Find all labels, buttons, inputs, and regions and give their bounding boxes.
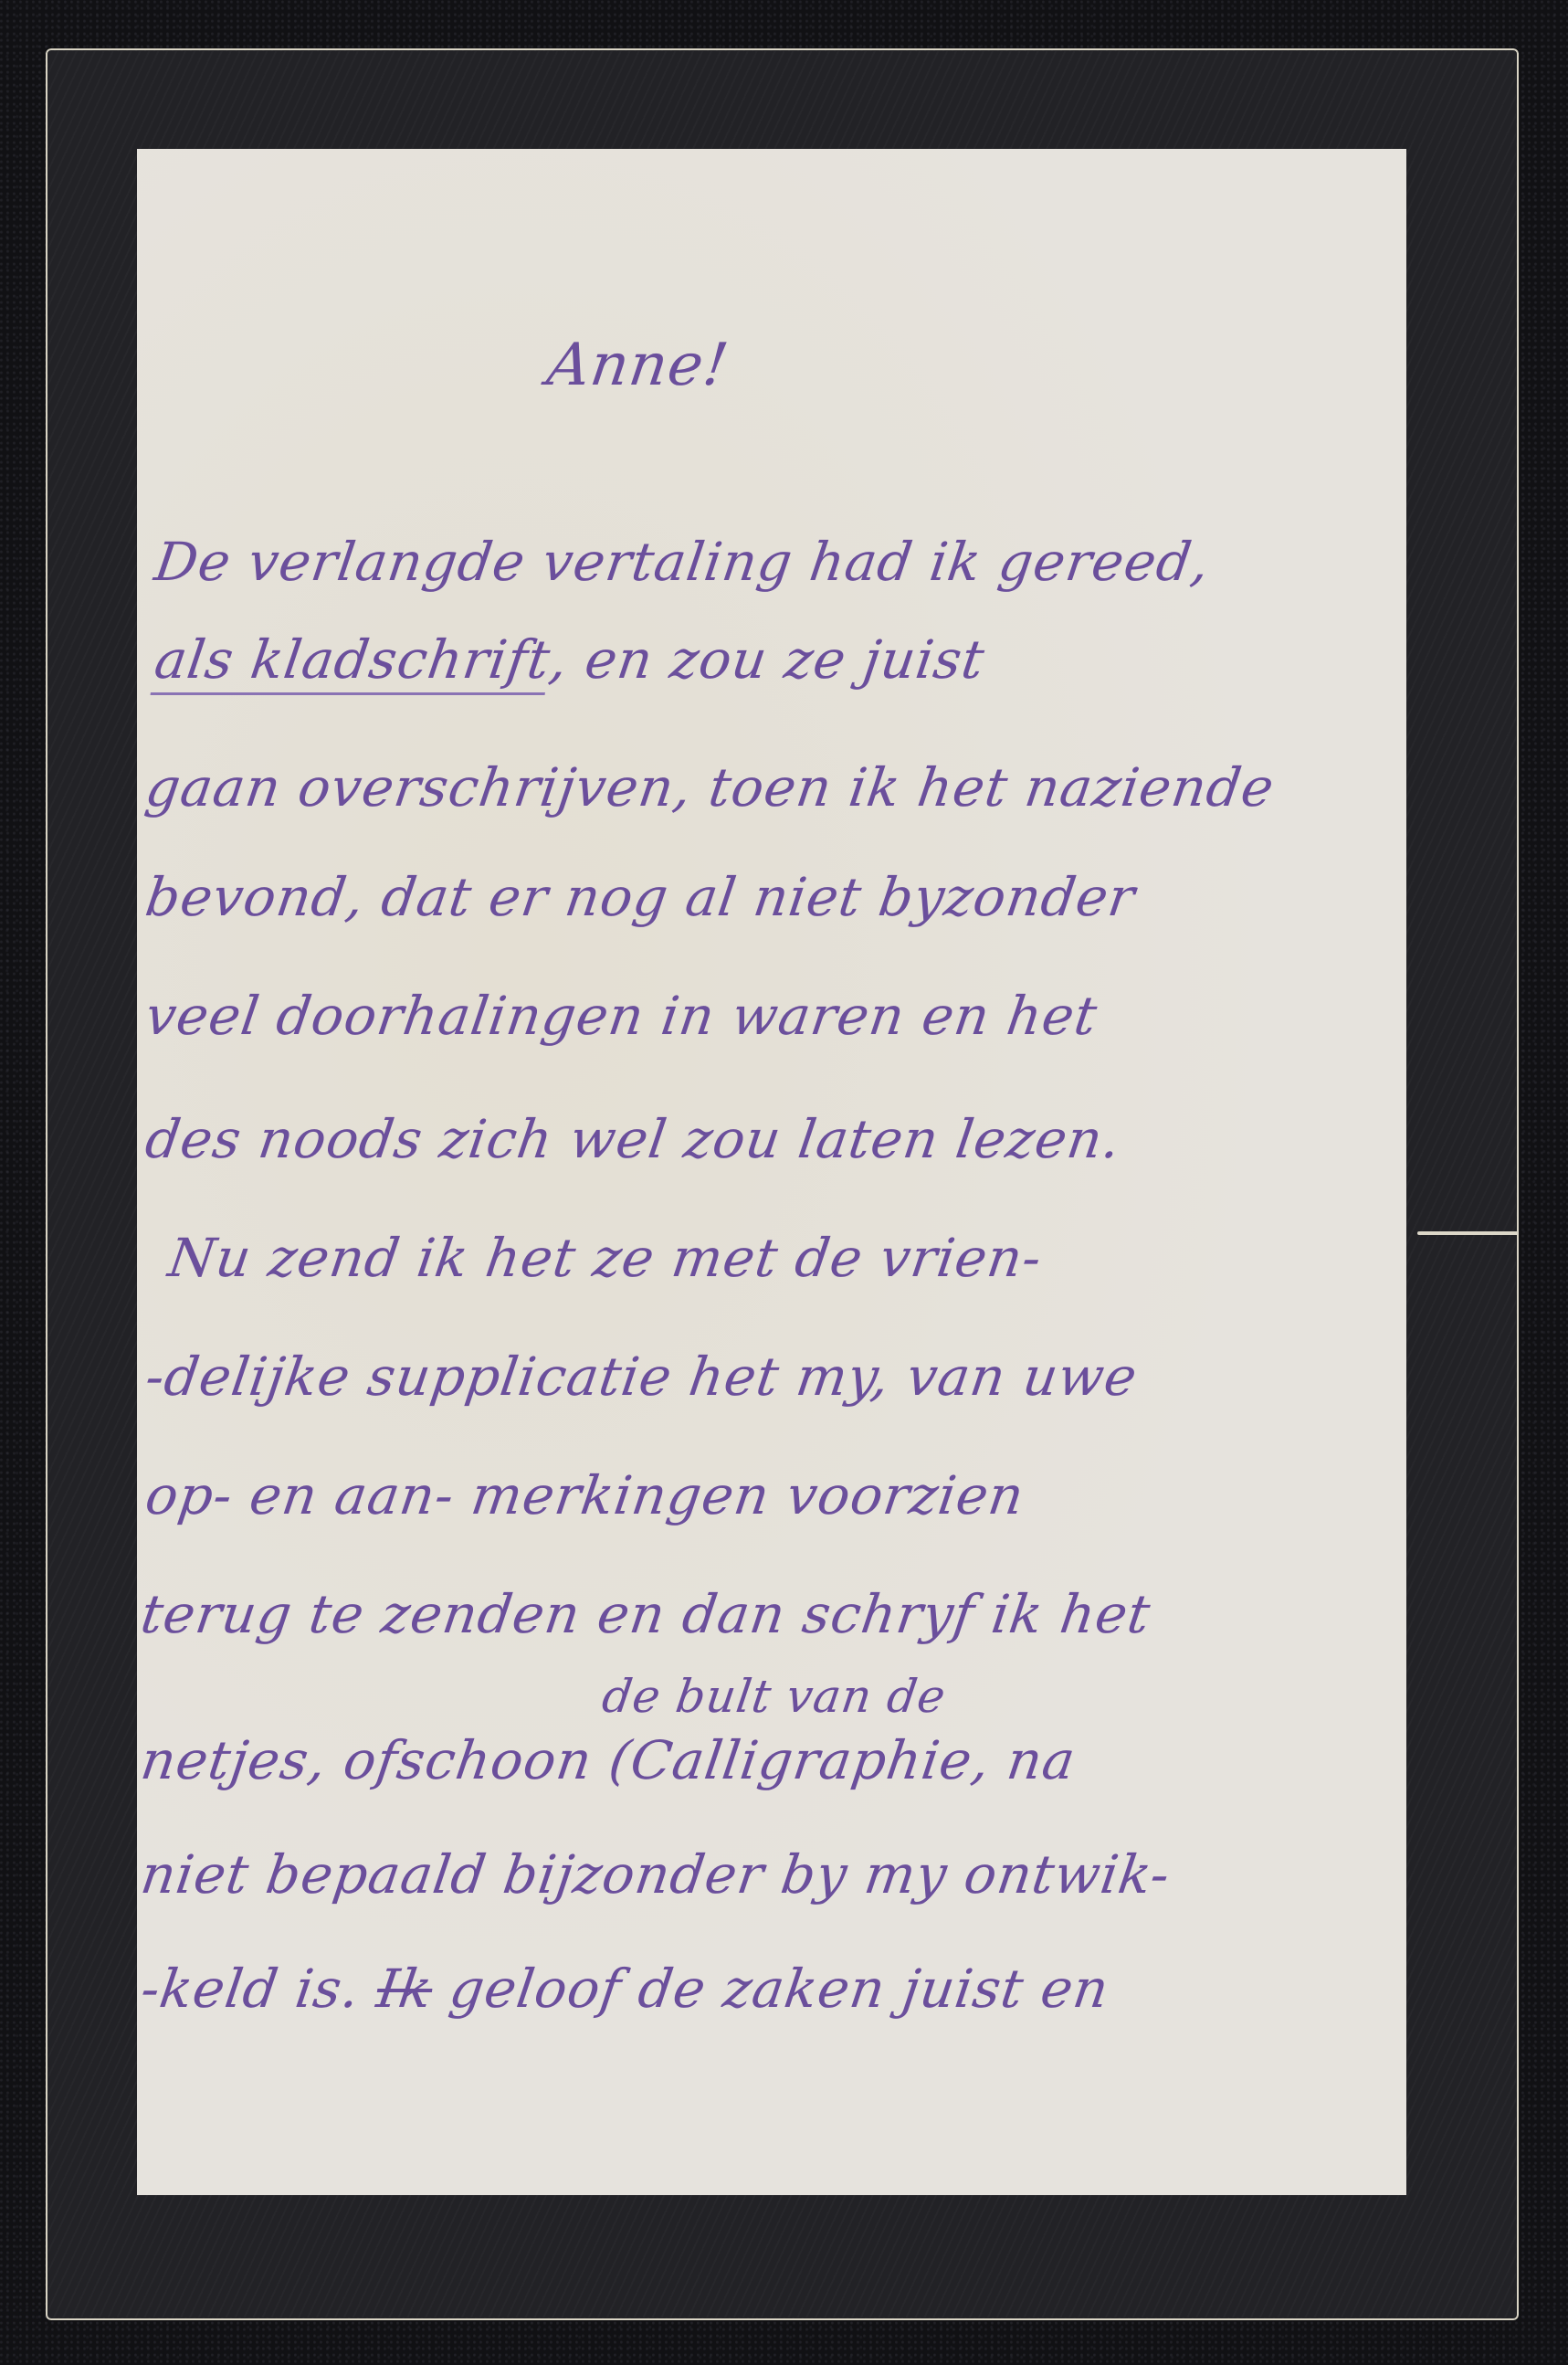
letter-line-13-rest: geloof de zaken juist en (428, 1958, 1113, 2020)
letter-line-13: -keld is. Ik geloof de zaken juist en (137, 1958, 1113, 2020)
letter-line-13-start: -keld is. (137, 1958, 382, 2020)
underlined-phrase: als kladschrift (151, 628, 555, 695)
letter-line-1: De verlangde vertaling had ik gereed, (151, 531, 1214, 593)
letter-line-3: gaan overschrijven, toen ik het naziende (142, 756, 1279, 818)
letter-line-7: Nu zend ik het ze met de vrien- (164, 1227, 1046, 1289)
letter-line-10: terug te zenden en dan schryf ik het (137, 1583, 1154, 1645)
letter-line-2-rest: , en zou ze juist (546, 628, 989, 691)
letter-line-11: netjes, ofschoon (Calligraphie, na (137, 1729, 1079, 1791)
border-crack (1417, 1231, 1519, 1235)
letter-line-6: des noods zich wel zou laten lezen. (142, 1108, 1124, 1170)
interlinear-insertion: de bult van de (599, 1670, 950, 1723)
letter-paper: Anne! De verlangde vertaling had ik gere… (137, 149, 1406, 2195)
struck-word: Ik (374, 1958, 437, 2020)
letter-line-2: als kladschrift, en zou ze juist (151, 628, 988, 691)
salutation: Anne! (543, 332, 733, 399)
letter-line-9: op- en aan- merkingen voorzien (142, 1464, 1028, 1526)
letter-line-4: bevond, dat er nog al niet byzonder (142, 866, 1139, 928)
letter-line-8: -delijke supplicatie het my, van uwe (142, 1346, 1142, 1408)
letter-line-5: veel doorhalingen in waren en het (142, 985, 1101, 1047)
letter-line-12: niet bepaald bijzonder by my ontwik- (137, 1843, 1174, 1906)
